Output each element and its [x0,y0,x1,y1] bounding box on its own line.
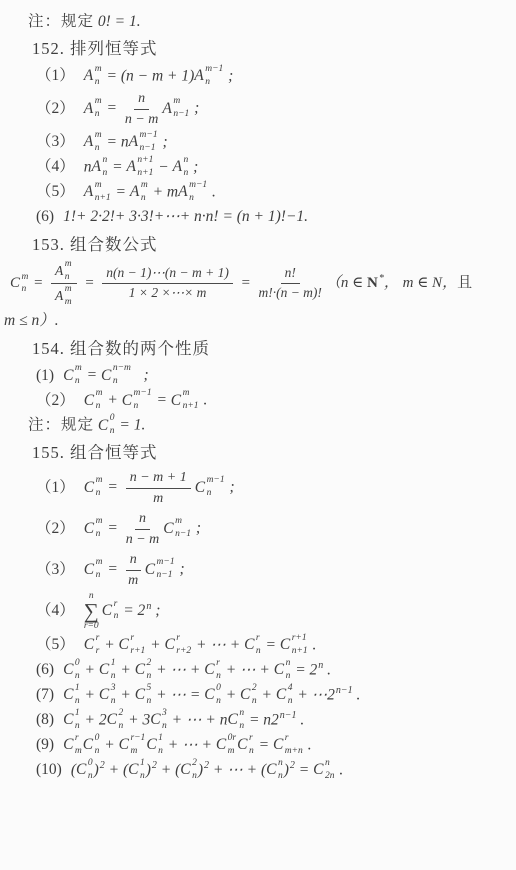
script-stack: m−1n [134,389,152,411]
symbol-superscript: 3 [162,709,167,719]
scripted-symbol: Cm−1n [122,389,153,411]
symbol-base: C [171,390,181,411]
symbol-base: C [101,365,111,386]
scripted-symbol: C3n [150,709,168,731]
math-text: . [304,736,312,753]
symbol-superscript: r [96,634,100,644]
symbol-superscript: 1 [75,709,80,719]
formula-152-4: （4）nAnn = An+1n+1 − Ann ; [26,156,510,178]
scripted-symbol: C1n [146,734,164,756]
fraction-numerator: n [126,551,141,571]
symbol-base: C [128,759,138,780]
math-text: + ⋯ + ( [209,761,266,778]
symbol-superscript: r [114,600,118,610]
symbol-subscript: n−1 [175,530,191,540]
symbol-subscript: n [88,772,93,782]
symbol-base: C [240,684,250,705]
script-stack: 2n [192,759,197,781]
script-stack: rn [256,634,261,656]
superscript: n−1 [280,710,297,721]
symbol-superscript: m [96,558,103,568]
scripted-symbol: Cnn [274,659,292,681]
symbol-superscript: 0 [216,684,221,694]
symbol-superscript: m [75,364,82,374]
symbol-superscript: 1 [111,659,116,669]
math-text: + [81,686,99,703]
scripted-symbol: Amn+1 [84,181,112,203]
scripted-symbol: Cmn [10,273,29,295]
scripted-symbol: Cr−1m [119,734,147,756]
script-stack: mn+1 [183,389,199,411]
formula-154-1: (1)Cmn = Cn−mn ; [26,364,510,386]
symbol-base: C [99,684,109,705]
symbol-subscript: m+n [285,747,303,757]
script-stack: r−1m [130,734,145,756]
math-text: = [103,479,121,496]
symbol-base: C [84,634,94,655]
heading-154: 154. 组合数的两个性质 [26,338,510,361]
scripted-symbol: C1n [99,659,117,681]
symbol-base: C [122,390,132,411]
chinese-text: 155. 组合恒等式 [32,443,158,462]
symbol-superscript: m [65,260,72,270]
line-label: （2） [36,390,75,411]
script-stack: mn [65,260,72,282]
symbol-superscript: m [96,476,103,486]
symbol-superscript: m [175,517,182,527]
math-text: + ⋯2 [293,686,334,703]
scripted-symbol: Crm+n [273,734,304,756]
symbol-subscript: n [205,78,210,88]
symbol-subscript: n [192,772,197,782]
math-text: + ⋯ = [152,686,204,703]
scripted-symbol: Cm−1n−1 [145,558,176,580]
symbol-base: A [178,181,187,202]
scripted-symbol: C2n [135,659,153,681]
formula-155-1: （1）Cmn = n − m + 1mCm−1n ; [26,469,510,507]
heading-155: 155. 组合恒等式 [26,442,510,465]
symbol-superscript: 1 [75,684,80,694]
note-zero-factorial: 注：规定 0! = 1. [26,11,510,32]
script-stack: 1n [111,659,116,681]
script-stack: 0n [75,659,80,681]
math-text: n − m [126,531,160,549]
chinese-text: 注：规定 [28,417,94,434]
symbol-base: A [84,98,93,119]
script-stack: mn [96,389,103,411]
symbol-superscript: n [325,759,330,769]
script-stack: n−mn [113,364,131,386]
math-text: + ⋯ + [152,661,204,678]
script-stack: n2n [325,759,335,781]
script-stack: 0n [95,734,100,756]
heading-152: 152. 排列恒等式 [26,38,510,61]
script-stack: mn [95,97,102,119]
symbol-subscript: n [114,612,119,622]
math-text: N [367,275,378,291]
math-text: = 1. [115,417,145,434]
script-stack: 3n [162,709,167,731]
symbol-subscript: n [113,377,118,387]
scripted-symbol: Cm−1n [195,476,226,498]
math-text: + [100,736,118,753]
scripted-symbol: Cmn [84,517,104,539]
fraction-denominator: m!·(n − m)! [258,284,321,302]
symbol-superscript: m−1 [207,476,225,486]
script-stack: 2n [252,684,257,706]
script-stack: m−1n [207,476,225,498]
symbol-base: A [162,98,171,119]
symbol-base: C [150,709,160,730]
scripted-symbol: Amn [84,97,103,119]
symbol-base: C [84,559,94,580]
symbol-superscript: m [65,285,72,295]
math-text: . [208,183,216,200]
fraction-numerator: n − m + 1 [126,469,191,489]
symbol-subscript: n [96,402,101,412]
chinese-text: 且 [457,275,473,291]
scripted-symbol: C0n [83,734,101,756]
script-stack: m−1n−1 [140,131,158,153]
symbol-superscript: n−m [113,364,131,374]
symbol-subscript: r+1 [130,647,145,657]
script-stack: m−1n [189,181,207,203]
math-text: m!·(n − m)! [258,285,321,302]
script-stack: rm [75,734,82,756]
symbol-subscript: n [110,427,115,437]
scripted-symbol: Crn [102,600,120,622]
math-text: 1!+ 2·2!+ 3·3!+⋯+ n·n! = (n + 1)!−1. [63,208,308,225]
symbol-subscript: n [134,402,139,412]
formula-152-1: （1）Amn = (n − m + 1)Am−1n ; [26,65,510,87]
symbol-subscript: m [75,747,82,757]
symbol-subscript: m [65,298,72,308]
symbol-base: A [173,156,182,177]
scripted-symbol: Cmn [84,476,104,498]
symbol-superscript: 0r [228,734,236,744]
math-text: = n2 [245,711,279,728]
math-text: + [100,636,118,653]
math-text: ) [198,761,203,778]
formula-sheet-page: 注：规定 0! = 1.152. 排列恒等式（1）Amn = (n − m + … [0,0,516,870]
line-label: （4） [36,156,75,177]
math-text: m [128,572,138,590]
scripted-symbol: Crm [63,734,83,756]
line-label: （2） [36,518,75,539]
scripted-symbol: Cmn [63,364,83,386]
math-text: ; [159,133,168,150]
symbol-base: C [119,634,129,655]
symbol-subscript: n [140,772,145,782]
symbol-subscript: r [96,647,100,657]
symbol-subscript: n [252,697,257,707]
symbol-subscript: m [130,747,137,757]
math-text: ; [192,520,201,537]
symbol-superscript: m [96,517,103,527]
math-text: = n [103,133,129,150]
script-stack: 5n [147,684,152,706]
symbol-superscript: 0 [95,734,100,744]
fraction-numerator: Amn [51,260,77,284]
scripted-symbol: C0n [98,414,116,436]
script-stack: mn [75,364,82,386]
symbol-superscript: 3 [111,684,116,694]
symbol-base: A [84,65,93,86]
symbol-subscript: n+1 [95,194,111,204]
line-label: （1） [36,65,75,86]
script-stack: rn [249,734,254,756]
scripted-symbol: Cmn [84,558,104,580]
script-stack: mn [141,181,148,203]
formula-155-6: (6)C0n + C1n + C2n + ⋯ + Crn + ⋯ + Cnn =… [26,659,510,681]
symbol-base: A [92,156,101,177]
symbol-base: A [126,156,135,177]
symbol-superscript: m [95,181,102,191]
math-text: . [335,761,343,778]
formula-155-2: （2）Cmn = nn − mCmn−1 ; [26,510,510,548]
formula-152-6: (6)1!+ 2·2!+ 3·3!+⋯+ n·n! = (n + 1)!−1. [26,206,510,227]
math-text: n! [285,265,296,282]
scripted-symbol: C4n [276,684,294,706]
symbol-base: C [276,684,286,705]
math-text: m ≤ n）. [4,312,59,329]
script-stack: rm+n [285,734,303,756]
fraction-numerator: n(n − 1)⋯(n − m + 1) [102,265,233,284]
line-label: (9) [36,734,54,755]
symbol-superscript: m [95,97,102,107]
symbol-superscript: n [102,156,107,166]
math-text: + m [149,183,178,200]
symbol-superscript: r [130,634,134,644]
math-text: . [297,711,305,728]
chinese-text: 153. 组合数公式 [32,235,158,254]
scripted-symbol: C1n [63,709,81,731]
math-text: + ⋯ + [192,636,244,653]
symbol-subscript: n−1 [140,144,156,154]
script-stack: mn [95,65,102,87]
symbol-subscript: n [75,722,80,732]
symbol-superscript: 0 [88,759,93,769]
formula-153-continued: m ≤ n）. [4,310,510,331]
script-stack: 0n [88,759,93,781]
symbol-base: C [84,390,94,411]
symbol-base: C [164,634,174,655]
fraction-numerator: n! [281,265,300,284]
chinese-text: 154. 组合数的两个性质 [32,339,210,358]
symbol-subscript: n [96,489,101,499]
symbol-base: A [130,181,139,202]
symbol-subscript: n [65,273,70,283]
scripted-symbol: Cr+1n+1 [280,634,309,656]
symbol-base: C [266,759,276,780]
math-text: + ( [157,761,180,778]
symbol-base: C [195,477,205,498]
symbol-base: C [63,659,73,680]
script-stack: rn [114,600,119,622]
symbol-base: C [119,734,129,755]
scripted-symbol: Crn [237,734,255,756]
superscript: n−1 [336,685,353,696]
symbol-superscript: 4 [288,684,293,694]
math-text: = 2 [119,602,145,619]
symbol-superscript: n [286,659,291,669]
script-stack: m−1n [205,65,223,87]
math-text: = [103,561,121,578]
symbol-subscript: n [95,78,100,88]
math-text: ) [146,761,151,778]
symbol-superscript: m [22,273,29,283]
symbol-subscript: n [189,194,194,204]
symbol-superscript: 2 [147,659,152,669]
symbol-subscript: n [278,772,283,782]
fraction-denominator: n − m [125,110,159,129]
symbol-subscript: n [111,697,116,707]
symbol-superscript: m−1 [134,389,152,399]
math-text: = [83,367,101,384]
fraction: nn − m [126,510,160,548]
math-text: = [112,183,130,200]
symbol-subscript: n [162,722,167,732]
symbol-subscript: n [158,747,163,757]
script-stack: rr+2 [176,634,191,656]
script-stack: nn [102,156,107,178]
math-text: 1 × 2 ×⋯× m [129,285,207,302]
scripted-symbol: Am−1n [178,181,208,203]
symbol-superscript: m [96,389,103,399]
symbol-superscript: m−1 [189,181,207,191]
math-text: 0! = 1. [94,13,141,30]
symbol-base: C [146,734,156,755]
fraction: nn − m [125,90,159,128]
script-stack: nn [184,156,189,178]
symbol-base: C [216,734,226,755]
symbol-subscript: n [216,672,221,682]
line-label: (1) [36,365,54,386]
math-text: ; [190,100,199,117]
note-c-zero: 注：规定 C0n = 1. [26,414,510,436]
symbol-subscript: 2n [325,772,335,782]
script-stack: nn [278,759,283,781]
scripted-symbol: C2n [240,684,258,706]
formula-155-8: (8)C1n + 2C2n + 3C3n + ⋯ + nCnn = n2n−1 … [26,709,510,731]
symbol-subscript: n [207,489,212,499]
scripted-symbol: Amn [84,65,103,87]
symbol-subscript: n+1 [137,169,153,179]
math-text: = 2 [291,661,317,678]
scripted-symbol: Cmn−1 [163,517,192,539]
symbol-superscript: r [256,634,260,644]
scripted-symbol: Cmn+1 [171,389,200,411]
sum-lower-limit: r=0 [84,622,99,632]
fraction: nm [126,551,141,589]
symbol-superscript: r [75,734,79,744]
symbol-base: C [63,709,73,730]
symbol-subscript: n [96,571,101,581]
fraction: AmnAmm [51,260,77,307]
scripted-symbol: C0n [63,659,81,681]
math-text: （n ∈ [326,275,367,291]
scripted-symbol: Ann [173,156,190,178]
scripted-symbol: Amn [55,260,73,282]
math-text: + 2 [81,711,107,728]
scripted-symbol: Cn2n [313,759,335,781]
symbol-base: C [107,709,117,730]
sigma-icon: ∑ [84,603,99,621]
fraction: n(n − 1)⋯(n − m + 1)1 × 2 ×⋯× m [102,265,233,302]
symbol-superscript: r−1 [130,734,145,744]
formula-155-10: (10)(C0n)2 + (C1n)2 + (C2n)2 + ⋯ + (Cnn)… [26,759,510,781]
math-text: . [200,392,208,409]
line-label: （5） [36,181,75,202]
script-stack: 0rm [228,734,236,756]
symbol-base: C [83,734,93,755]
math-text: ; [176,561,185,578]
scripted-symbol: Amn [84,131,103,153]
script-stack: rn [216,659,221,681]
math-text: + [222,686,240,703]
symbol-base: C [63,734,73,755]
math-text: + [116,661,134,678]
line-label: （4） [36,600,75,621]
document-body: 注：规定 0! = 1.152. 排列恒等式（1）Amn = (n − m + … [26,11,510,781]
math-text: + [258,686,276,703]
symbol-superscript: n [184,156,189,166]
symbol-base: C [63,365,73,386]
math-text: + ( [105,761,128,778]
symbol-base: C [274,659,284,680]
scripted-symbol: Cnn [266,759,284,781]
script-stack: 1n [158,734,163,756]
scripted-symbol: C2n [180,759,198,781]
scripted-symbol: Crr+2 [164,634,192,656]
math-text: n [138,90,145,108]
symbol-base: A [55,288,63,305]
scripted-symbol: Am−1n−1 [129,131,159,153]
scripted-symbol: Amn [130,181,149,203]
symbol-base: C [63,684,73,705]
symbol-subscript: n [147,697,152,707]
symbol-subscript: n+1 [183,402,199,412]
symbol-subscript: n [22,285,27,295]
symbol-subscript: n [256,647,261,657]
symbol-subscript: m [228,747,235,757]
script-stack: 3n [111,684,116,706]
symbol-base: C [145,559,155,580]
script-stack: n+1n+1 [137,156,153,178]
symbol-base: A [84,181,93,202]
symbol-superscript: 1 [158,734,163,744]
scripted-symbol: An+1n+1 [126,156,154,178]
symbol-base: C [99,659,109,680]
scripted-symbol: Cnn [227,709,245,731]
symbol-subscript: n [111,672,116,682]
symbol-subscript: n [95,144,100,154]
symbol-base: C [10,273,20,294]
scripted-symbol: C2n [107,709,125,731]
math-text: = (n − m + 1) [103,67,195,84]
scripted-symbol: C3n [99,684,117,706]
math-text: n − m [125,111,159,129]
symbol-base: C [204,684,214,705]
script-stack: mm [65,285,72,307]
script-stack: 4n [288,684,293,706]
symbol-base: C [280,634,290,655]
symbol-subscript: n [216,697,221,707]
line-label: (8) [36,709,54,730]
heading-153: 153. 组合数公式 [26,234,510,257]
fraction: n!m!·(n − m)! [258,265,321,302]
formula-155-3: （3）Cmn = nmCm−1n−1 ; [26,551,510,589]
